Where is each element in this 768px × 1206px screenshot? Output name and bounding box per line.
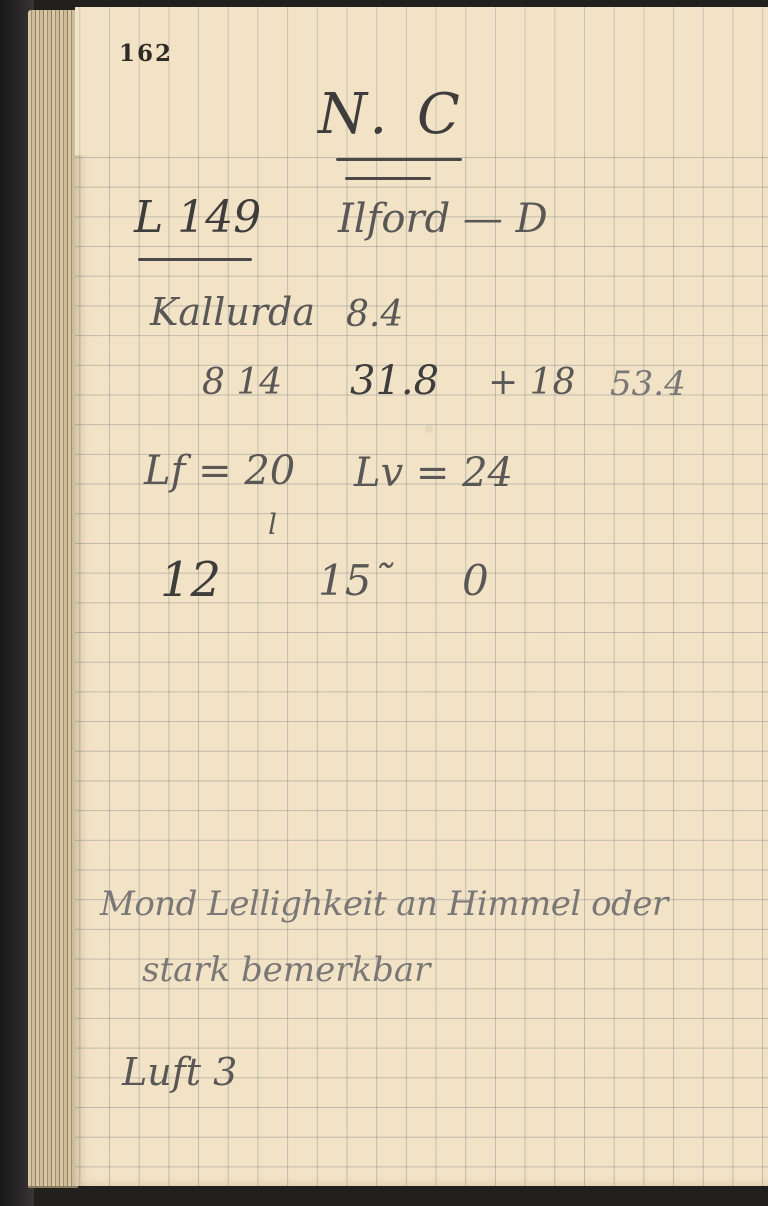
- value-2: 31.8: [350, 358, 439, 404]
- plate-label: L 149: [134, 192, 261, 243]
- air-value: Luft 3: [122, 1050, 237, 1094]
- location-label: Kallurda: [150, 290, 315, 334]
- minute-value: 15˜: [318, 556, 392, 605]
- page-number: 162: [119, 40, 173, 67]
- note-line-1: Mond Lellighkeit an Himmel oder: [100, 884, 668, 924]
- plate-label-underline: [138, 258, 252, 261]
- paper-stain: [425, 425, 433, 433]
- value-4: 53.4: [610, 364, 686, 404]
- hour-value: 12: [160, 552, 221, 608]
- value-1: 8 14: [202, 362, 282, 403]
- note-line-2: stark bemerkbar: [142, 950, 430, 990]
- lf-value: Lf = 20: [144, 448, 295, 494]
- page-stack-edge: [28, 10, 78, 1188]
- heading: N. C: [318, 82, 466, 147]
- plate-type: Ilford — D: [338, 196, 548, 242]
- heading-underline-2: [345, 177, 431, 180]
- superscript-mark: l: [268, 508, 277, 541]
- location-value: 8.4: [346, 294, 403, 335]
- second-value: 0: [462, 556, 489, 605]
- value-3: + 18: [488, 362, 575, 403]
- heading-underline-1: [336, 158, 462, 161]
- notebook-photo: 162 N. C L 149 Ilford — D Kallurda 8.4 8…: [0, 0, 768, 1206]
- lv-value: Lv = 24: [354, 450, 513, 496]
